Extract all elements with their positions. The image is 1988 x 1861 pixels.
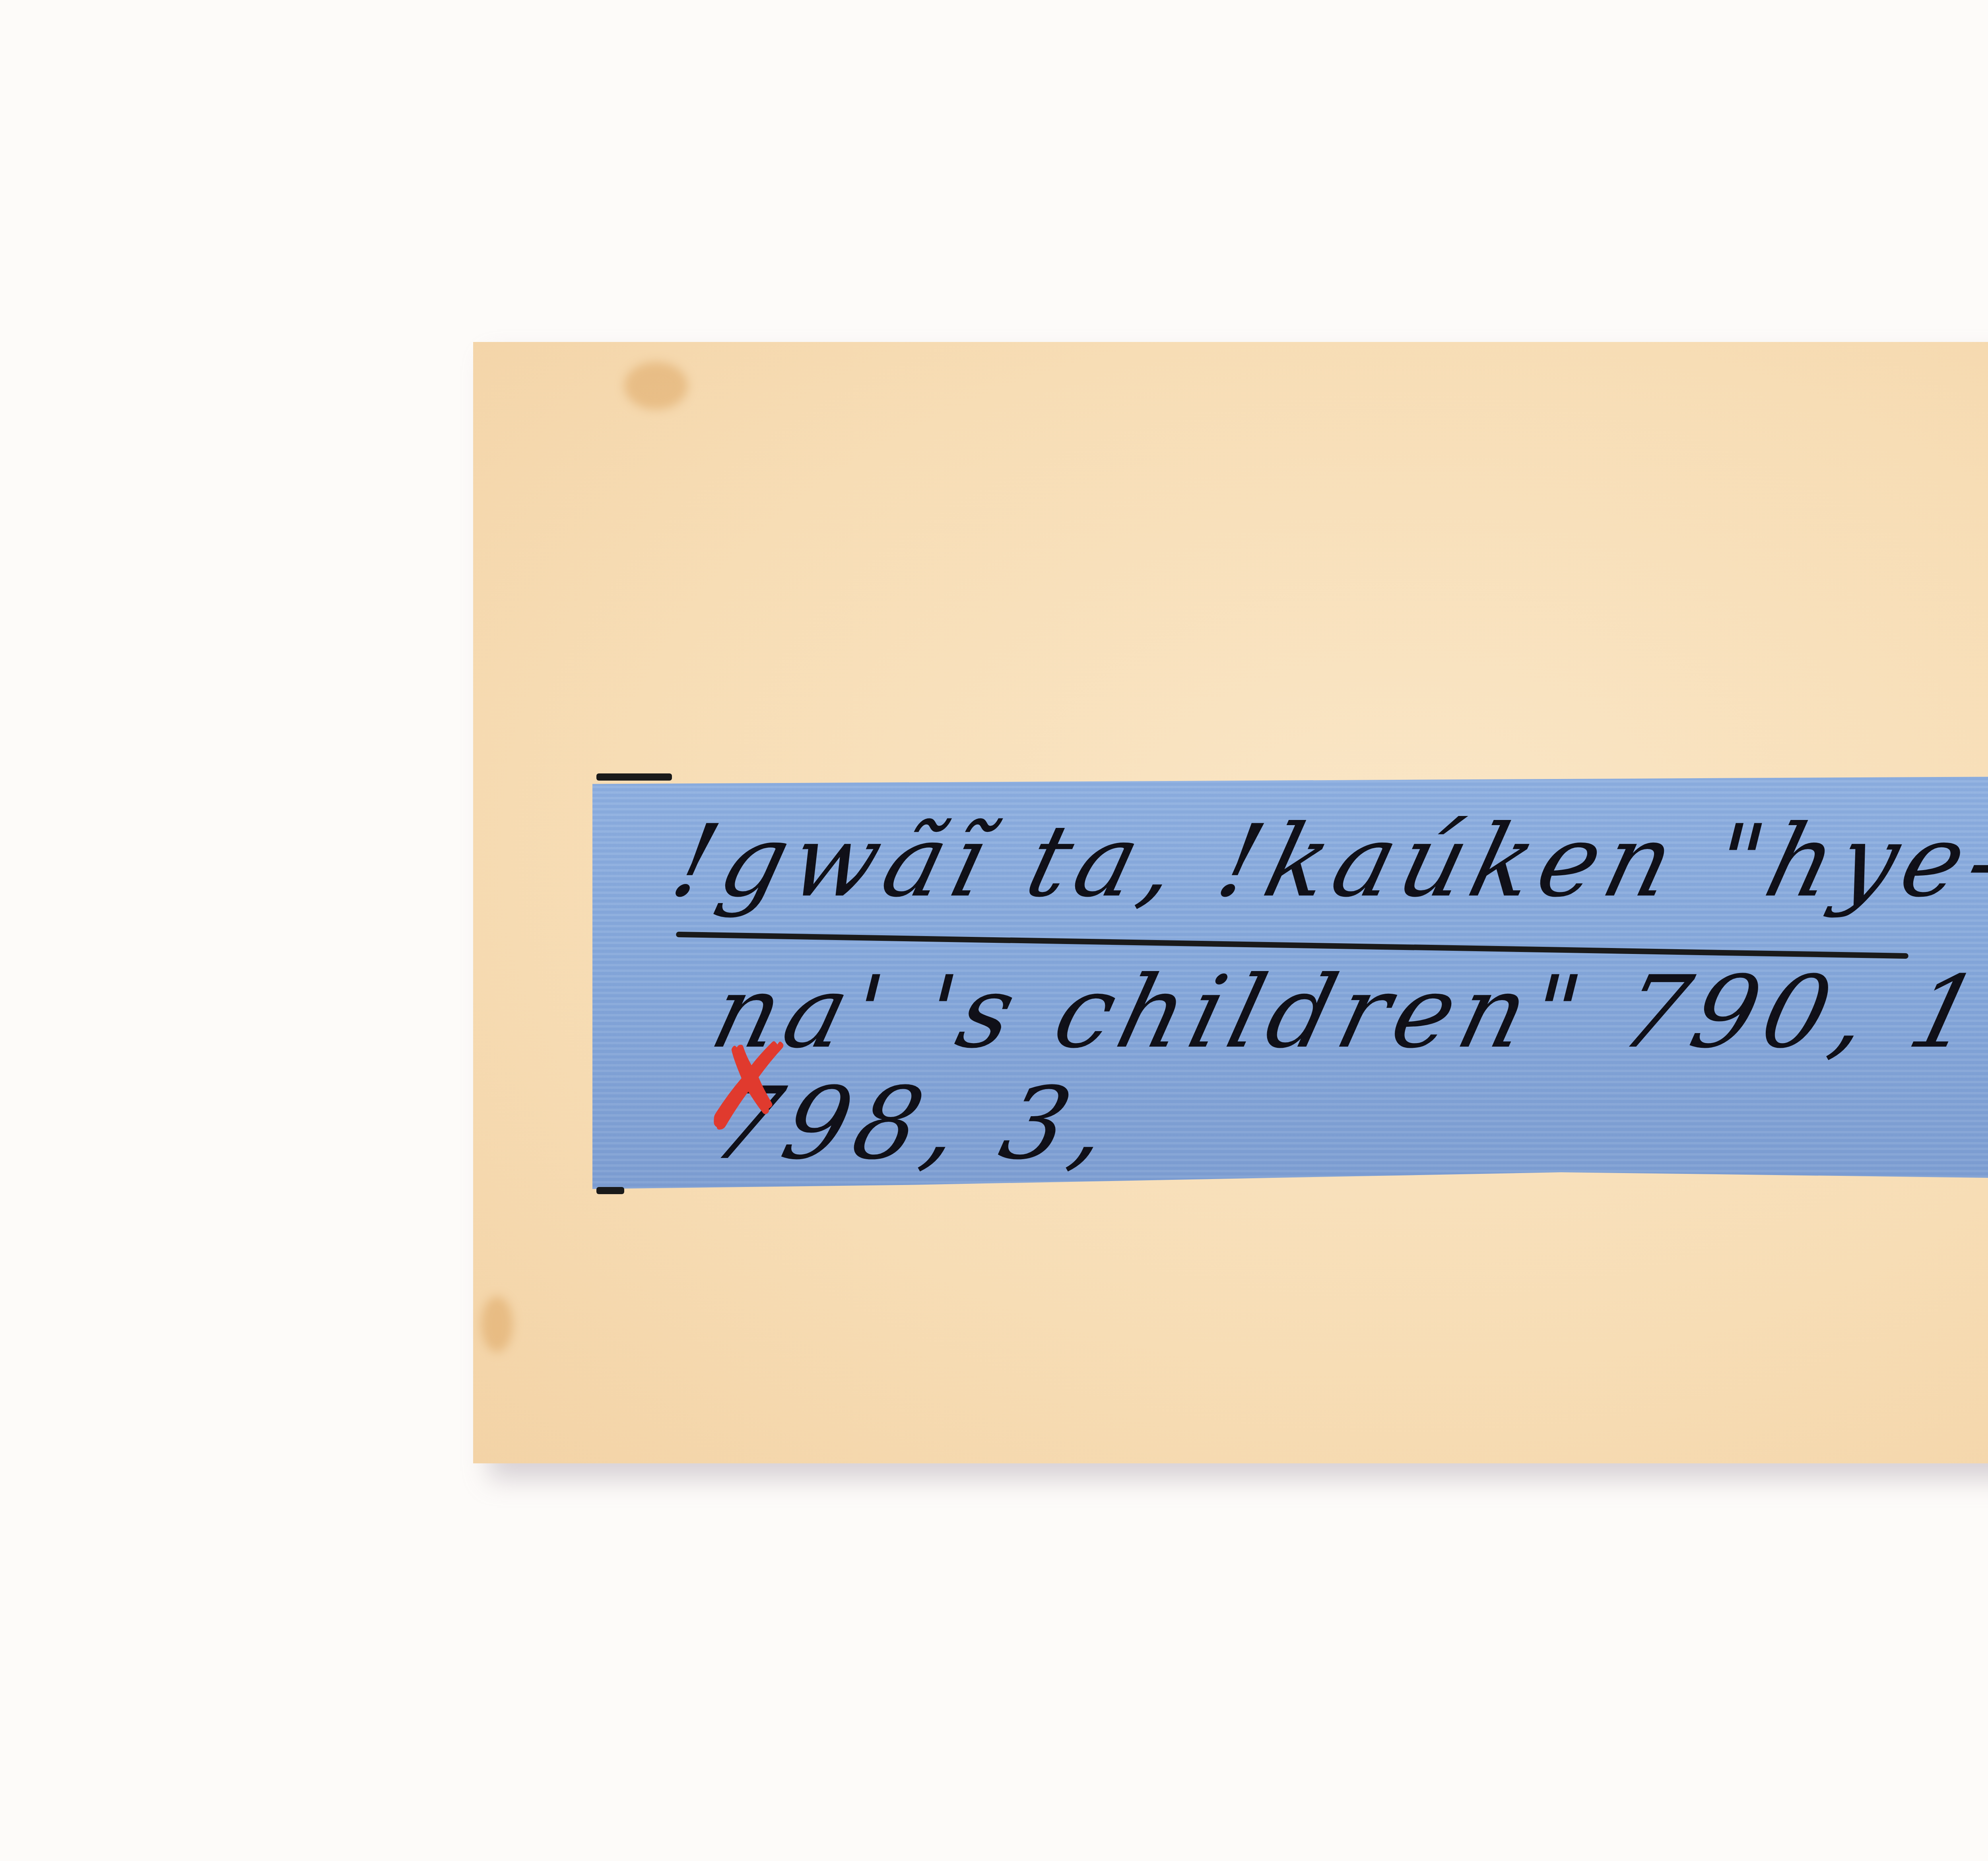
stain [481,1296,513,1352]
stain [624,362,688,410]
handwriting-line-1: !gwãĩ ta, !kaúken "hye- [662,803,1988,919]
red-cross-mark-icon: ✗ [700,1018,800,1157]
ink-tick-mark [596,773,672,781]
ink-tick-mark [596,1187,624,1194]
handwriting-line-2: na' 's children" 790, 17, [701,954,1988,1070]
